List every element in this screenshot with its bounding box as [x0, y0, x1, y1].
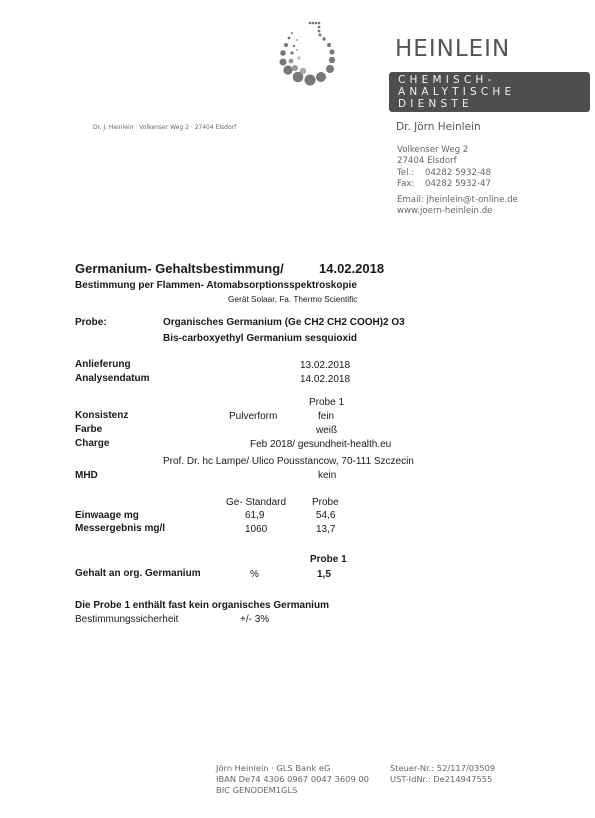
- fax-number: 04282 5932-47: [425, 179, 491, 190]
- row-label-result: Messergebnis mg/l: [75, 523, 165, 534]
- batch-value: Feb 2018/ gesundheit-health.eu: [250, 439, 391, 450]
- tagline-line: DIENSTE: [398, 98, 473, 110]
- sample-label: Probe:: [75, 317, 107, 328]
- column-header-sample: Probe: [312, 497, 339, 508]
- tagline-line: ANALYTISCHE: [398, 86, 515, 98]
- cell-weight-sample: 54,6: [316, 510, 335, 521]
- consistency-value: fein: [318, 411, 334, 422]
- mhd-label: MHD: [75, 470, 98, 481]
- accuracy-label: Bestimmungssicherheit: [75, 614, 178, 625]
- consistency-form: Pulverform: [229, 411, 277, 422]
- tagline-box: CHEMISCH- ANALYTISCHE DIENSTE: [389, 72, 590, 112]
- color-value: weiß: [316, 425, 337, 436]
- accuracy-value: +/- 3%: [240, 614, 269, 625]
- tagline-line: CHEMISCH-: [398, 74, 496, 86]
- vat-id: UST-IdNr.: De214947555: [390, 774, 492, 785]
- consistency-label: Konsistenz: [75, 410, 128, 421]
- cell-result-sample: 13,7: [316, 524, 335, 535]
- address-street: Volkenser Weg 2: [397, 145, 468, 156]
- sample-line: Bis-carboxyethyl Germanium sesquioxid: [163, 333, 357, 344]
- supplier-line: Prof. Dr. hc Lampe/ Ulico Pousstancow, 7…: [163, 456, 414, 467]
- company-name: HEINLEIN: [395, 36, 510, 62]
- email: Email: jheinlein@t-online.de: [397, 195, 518, 206]
- sender-line: Dr. J. Heinlein · Volkenser Weg 2 · 2740…: [93, 124, 236, 131]
- report-title: Germanium- Gehaltsbestimmung/: [75, 261, 284, 276]
- sample-line: Organisches Germanium (Ge CH2 CH2 COOH)2…: [163, 317, 405, 328]
- bank-line: Jörn Heinlein · GLS Bank eG: [216, 763, 330, 774]
- result-value: 1,5: [317, 569, 331, 580]
- address-city: 27404 Elsdorf: [397, 156, 457, 167]
- tel-number: 04282 5932-48: [425, 168, 491, 179]
- column-header-standard: Ge- Standard: [226, 497, 286, 508]
- analysis-label: Analysendatum: [75, 373, 149, 384]
- cell-weight-standard: 61,9: [245, 510, 264, 521]
- method-line: Bestimmung per Flammen- Atomabsorptionss…: [75, 280, 357, 291]
- analysis-date: 14.02.2018: [300, 374, 350, 385]
- tax-number: Steuer-Nr.: 52/117/03509: [390, 763, 495, 774]
- result-column-header: Probe 1: [310, 554, 347, 565]
- row-label-weight: Einwaage mg: [75, 510, 139, 521]
- color-label: Farbe: [75, 424, 102, 435]
- fax-label: Fax:: [397, 179, 414, 190]
- mhd-value: kein: [318, 470, 336, 481]
- result-unit: %: [250, 569, 259, 580]
- website: www.joern-heinlein.de: [397, 206, 492, 217]
- batch-label: Charge: [75, 438, 109, 449]
- result-label: Gehalt an org. Germanium: [75, 568, 201, 579]
- iban-line: IBAN De74 4306 0967 0047 3609 00: [216, 774, 369, 785]
- report-date: 14.02.2018: [319, 261, 384, 276]
- owner-name: Dr. Jörn Heinlein: [396, 121, 481, 133]
- delivery-date: 13.02.2018: [300, 360, 350, 371]
- bic-line: BIC GENODEM1GLS: [216, 785, 297, 796]
- sample-column-header: Probe 1: [309, 397, 344, 408]
- droplet-dots-logo-icon: [268, 18, 348, 98]
- cell-result-standard: 1060: [245, 524, 267, 535]
- device-line: Gerät Solaar, Fa. Thermo Scientific: [228, 294, 357, 304]
- delivery-label: Anlieferung: [75, 359, 131, 370]
- tel-label: Tel.:: [397, 168, 414, 179]
- conclusion: Die Probe 1 enthält fast kein organische…: [75, 600, 329, 611]
